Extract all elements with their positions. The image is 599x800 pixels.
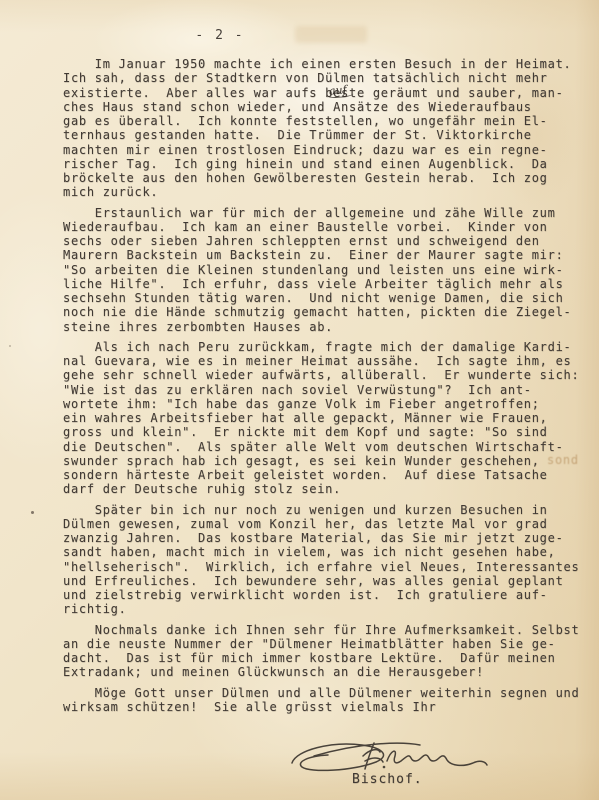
paragraph: Möge Gott unser Dülmen und alle Dülmener… xyxy=(63,686,585,715)
page-number: - 2 - xyxy=(0,28,440,43)
erased-correction: sond xyxy=(547,453,579,467)
paragraph: Im Januar 1950 machte ich einen ersten B… xyxy=(63,57,585,200)
signature-block: Bischof. xyxy=(286,732,496,800)
paragraph: Später bin ich nur noch zu wenigen und k… xyxy=(63,503,585,617)
paragraph: Als ich nach Peru zurückkam, fragte mich… xyxy=(63,340,585,497)
signature-title: Bischof. xyxy=(352,772,423,787)
letter-body: Im Januar 1950 machte ich einen ersten B… xyxy=(63,57,585,720)
paragraph: Nochmals danke ich Ihnen sehr für Ihre A… xyxy=(63,623,585,680)
paragraph: Erstaunlich war für mich der allgemeine … xyxy=(63,206,585,334)
ink-speck xyxy=(9,345,11,347)
letter-page: - 2 - Im Januar 1950 machte ich einen er… xyxy=(0,0,599,800)
ink-speck xyxy=(31,511,34,514)
handwritten-insertion: auf xyxy=(328,83,347,98)
